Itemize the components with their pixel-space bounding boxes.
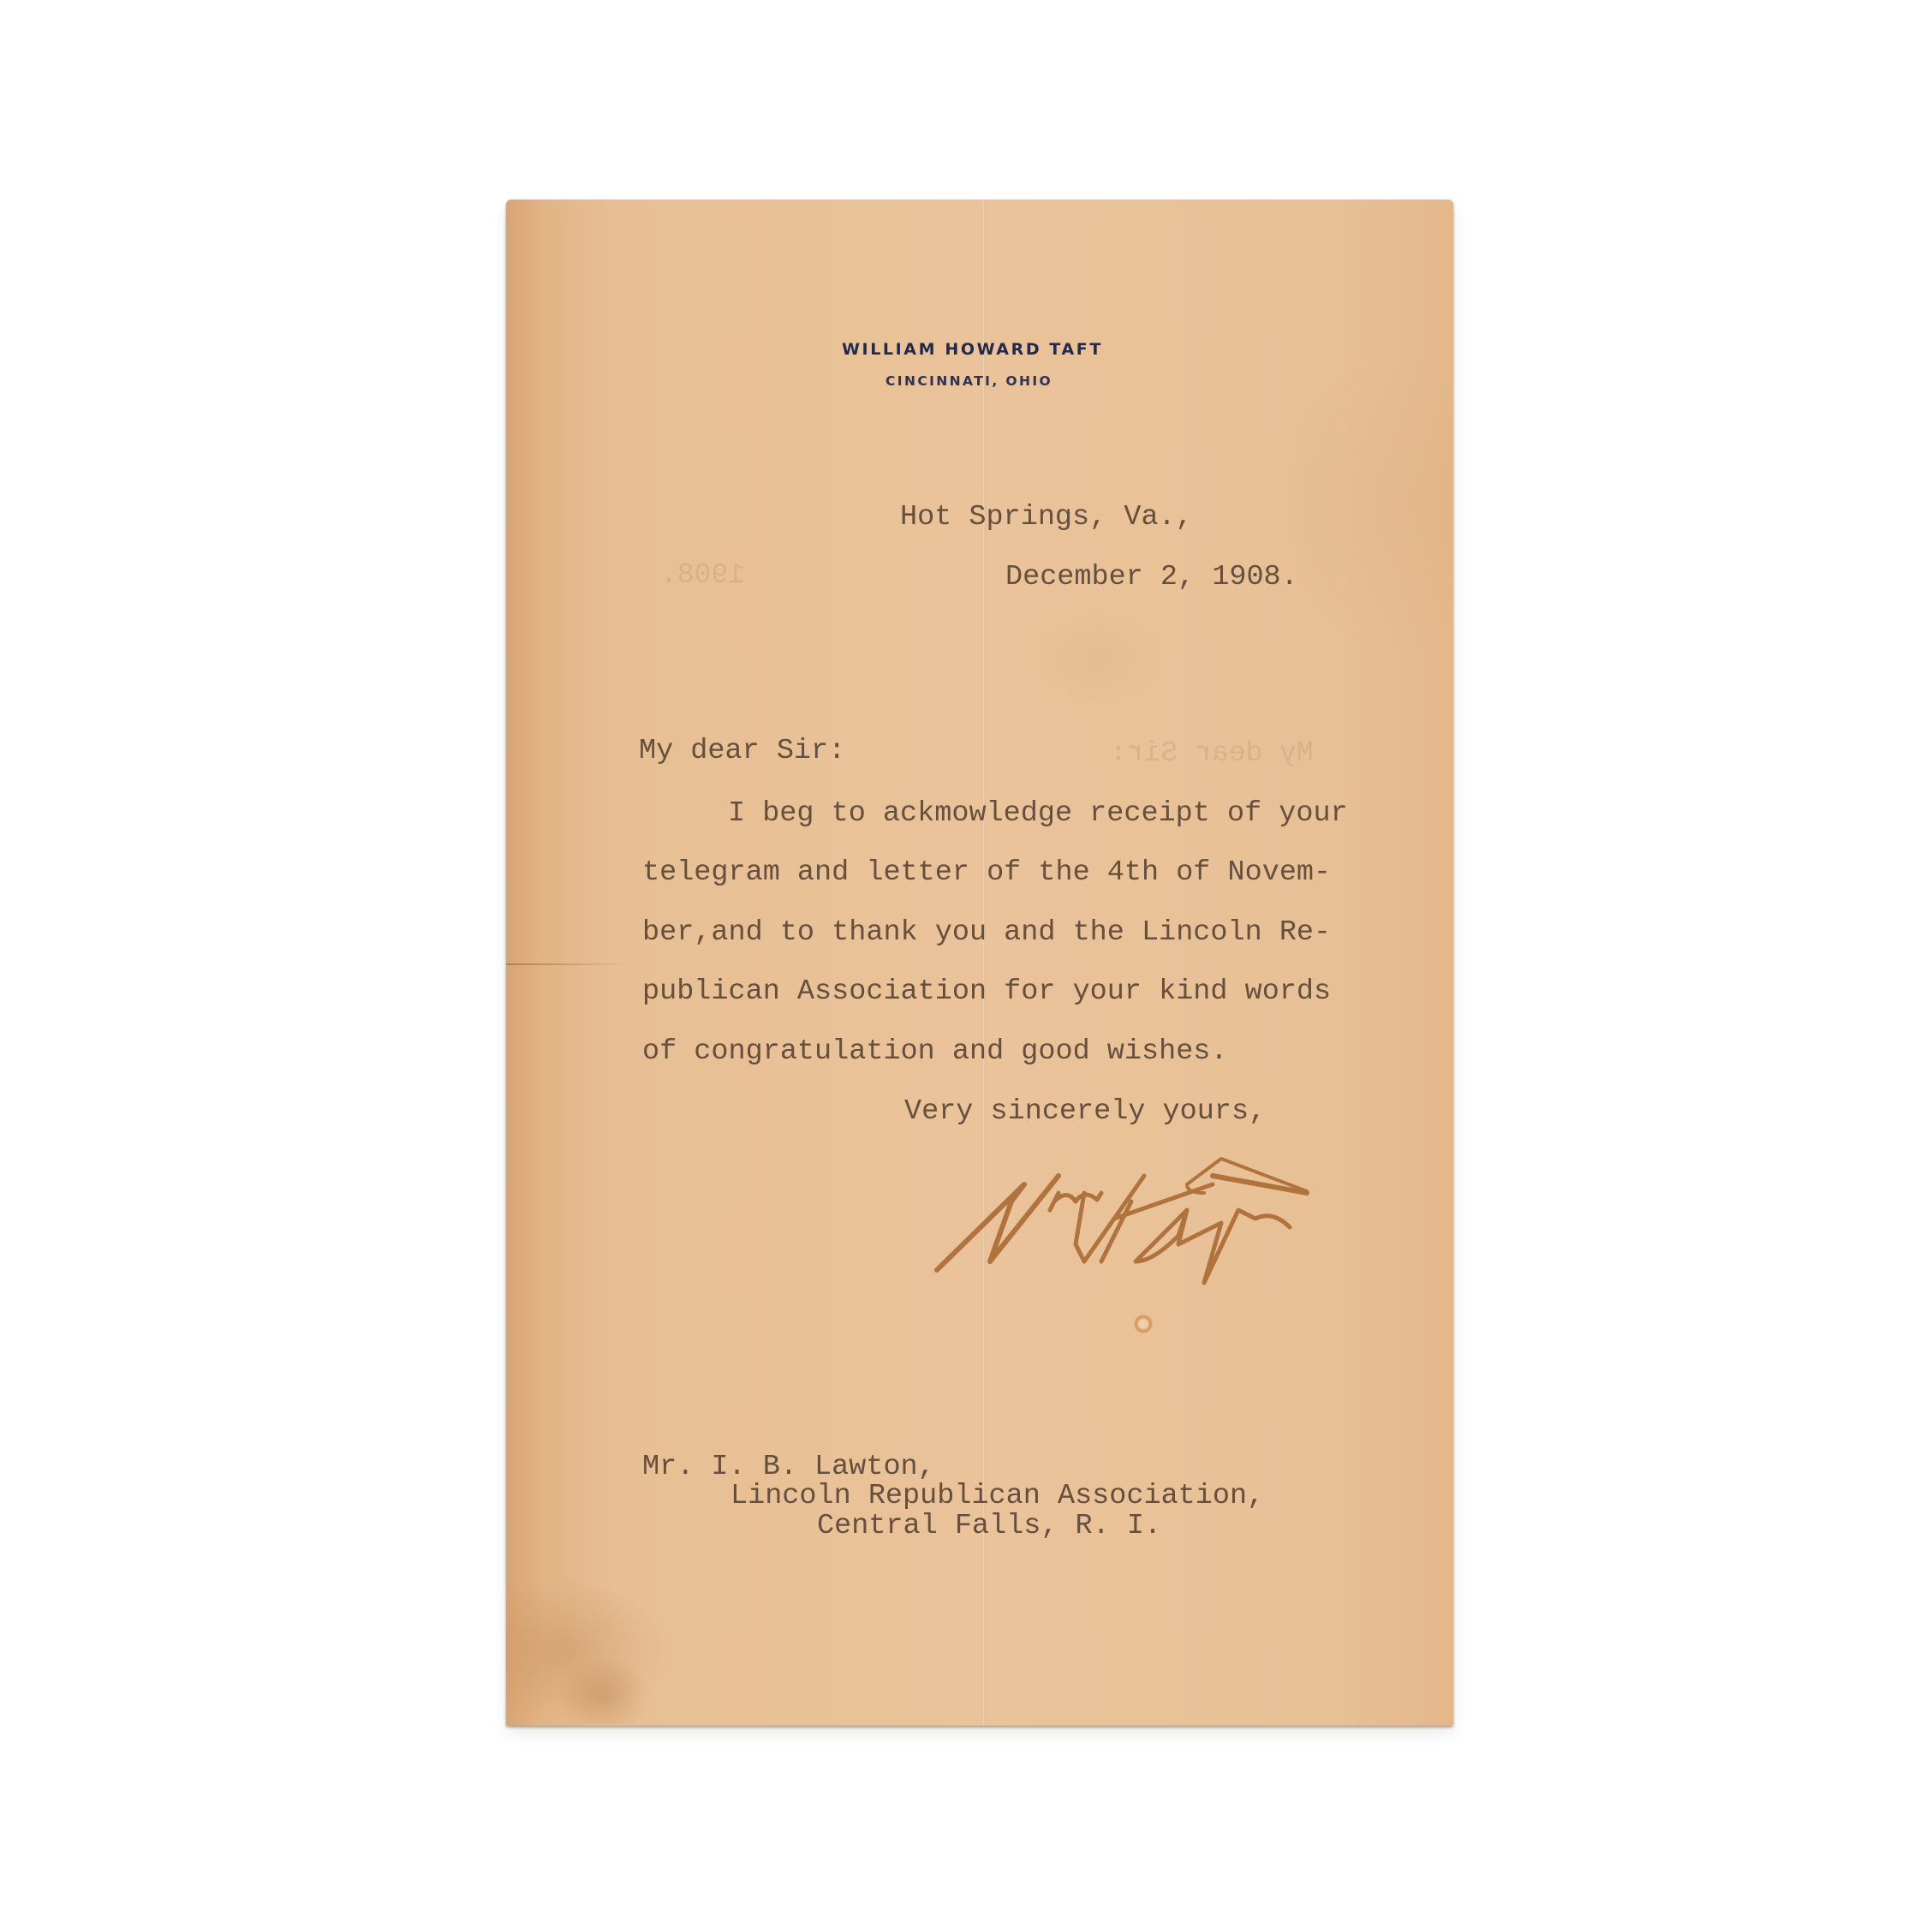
dateline-place: Hot Springs, Va., bbox=[900, 504, 1193, 533]
closing: Very sincerely yours, bbox=[904, 1098, 1266, 1127]
salutation: My dear Sir: bbox=[639, 737, 845, 766]
recipient-name: Mr. I. B. Lawton, bbox=[642, 1453, 935, 1482]
body-line-1: I beg to ackmowledge receipt of your bbox=[728, 800, 1348, 829]
signature-wm-h-taft bbox=[930, 1142, 1324, 1296]
body-line-4: publican Association for your kind words bbox=[642, 978, 1331, 1007]
ghost-salutation-text: My dear Sir: bbox=[1110, 737, 1314, 769]
letter-paper: 1908. My dear Sir: WILLIAM HOWARD TAFT C… bbox=[506, 200, 1453, 1726]
foxing-spot bbox=[1134, 1315, 1153, 1333]
letterhead-name: WILLIAM HOWARD TAFT bbox=[842, 340, 1103, 359]
dateline-date: December 2, 1908. bbox=[1005, 563, 1298, 593]
body-line-2: telegram and letter of the 4th of Novem- bbox=[642, 859, 1331, 888]
water-stain bbox=[558, 1655, 652, 1724]
recipient-organization: Lincoln Republican Association, bbox=[730, 1482, 1264, 1512]
recipient-location: Central Falls, R. I. bbox=[817, 1512, 1161, 1541]
body-line-5: of congratulation and good wishes. bbox=[642, 1038, 1228, 1067]
body-line-3: ber,and to thank you and the Lincoln Re- bbox=[642, 919, 1331, 948]
horizontal-fold-crease bbox=[506, 963, 635, 965]
letterhead-city: CINCINNATI, OHIO bbox=[885, 373, 1052, 389]
ghost-year-text: 1908. bbox=[660, 559, 745, 591]
